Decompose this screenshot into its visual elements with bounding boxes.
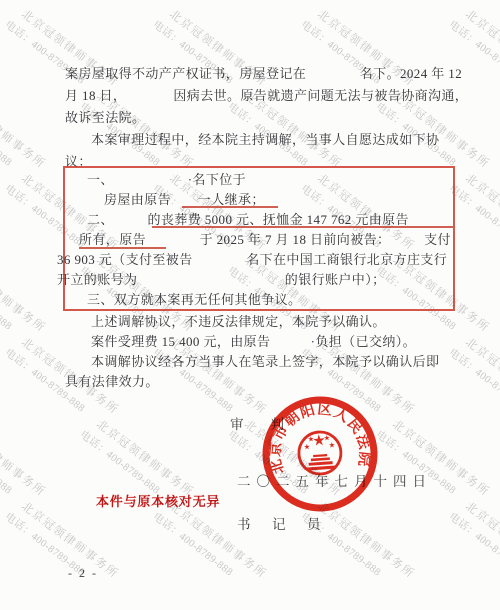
watermark-tile: 北京冠领律师事务所电话：400-8789-888 bbox=[0, 416, 49, 514]
watermark-tile: 北京冠领律师事务所电话：400-8789-888 bbox=[0, 88, 49, 186]
agreement-line: 36 903 元（支付至被告 名下在中国工商银行北京方庄支行 bbox=[57, 249, 447, 268]
court-seal-graphic: 北京市朝阳区人民法院 bbox=[257, 391, 383, 517]
document-line: 本案审理过程中，经本院主持调解，当事人自愿达成如下协 bbox=[91, 129, 439, 148]
court-seal-stamp: 北京市朝阳区人民法院 bbox=[257, 391, 383, 517]
watermark-tile: 北京冠领律师事务所电话：400-8789-888 bbox=[8, 498, 123, 596]
watermark-phone-text: 电话：400-8789-888 bbox=[0, 263, 38, 350]
agreement-line: 一、 ·名下位于 bbox=[87, 169, 246, 188]
document-line: 案房屋取得不动产产权证书，房屋登记在 名下。2024 年 12 bbox=[65, 63, 462, 82]
watermark-firm-text: 北京冠领律师事务所 bbox=[462, 6, 500, 90]
document-line: 具有法律效力。 bbox=[65, 371, 159, 390]
watermark-firm-text: 北京冠领律师事务所 bbox=[462, 334, 500, 418]
redline-underline bbox=[79, 247, 166, 249]
watermark-firm-text: 北京冠领律师事务所 bbox=[166, 498, 270, 582]
watermark-firm-text: 北京冠领律师事务所 bbox=[0, 416, 49, 500]
document-line: 案件受理费 15 400 元，由原告 ·负担（已交纳）。 bbox=[91, 331, 416, 350]
document-line: 上述调解协议，不违反法律规定，本院予以确认。 bbox=[91, 311, 386, 330]
agreement-line: 开立的账号为 的银行账户中）； bbox=[57, 269, 386, 288]
watermark-firm-text: 北京冠领律师事务所 bbox=[462, 498, 500, 582]
watermark-phone-text: 电话：400-8789-888 bbox=[446, 345, 500, 432]
document-line: 故诉至法院。 bbox=[65, 107, 145, 126]
copy-certification-note: 本件与原本核对无异 bbox=[96, 491, 220, 510]
watermark-firm-text: 北京冠领律师事务所 bbox=[93, 416, 197, 500]
national-emblem-icon bbox=[298, 431, 343, 476]
watermark-tile: 北京冠领律师事务所电话：400-8789-888 bbox=[0, 252, 49, 350]
watermark-tile: 北京冠领律师事务所电话：400-8789-888 bbox=[452, 170, 500, 268]
watermark-tile: 北京冠领律师事务所电话：400-8789-888 bbox=[379, 416, 494, 514]
watermark-firm-text: 北京冠领律师事务所 bbox=[0, 252, 49, 336]
redline-underline bbox=[152, 226, 453, 228]
agreement-line: 所有，原告 于 2025 年 7 月 18 日前向被告： 支付 bbox=[79, 229, 451, 248]
redline-underline bbox=[182, 206, 278, 208]
watermark-firm-text: 北京冠领律师事务所 bbox=[462, 170, 500, 254]
watermark-tile: 北京冠领律师事务所电话：400-8789-888 bbox=[452, 334, 500, 432]
watermark-phone-text: 电话：400-8789-888 bbox=[0, 427, 38, 514]
document-line: 本调解协议经各方当事人在笔录上签字，本院予以确认后即 bbox=[91, 351, 439, 370]
scanned-court-mediation-document: 北京冠领律师事务所电话：400-8789-888北京冠领律师事务所电话：400-… bbox=[0, 0, 500, 610]
page-number: - 2 - bbox=[68, 566, 98, 581]
agreement-line: 三、双方就本案再无任何其他争议。 bbox=[87, 289, 301, 308]
watermark-tile: 北京冠领律师事务所电话：400-8789-888 bbox=[452, 498, 500, 596]
document-line: 月 18 日， 因病去世。原告就遗产问题无法与被告协商沟通， bbox=[65, 85, 468, 104]
clerk-signature-label: 书 记 员 bbox=[237, 513, 325, 533]
watermark-phone-text: 电话：400-8789-888 bbox=[0, 99, 38, 186]
watermark-phone-text: 电话：400-8789-888 bbox=[2, 509, 111, 596]
watermark-firm-text: 北京冠领律师事务所 bbox=[0, 88, 49, 172]
watermark-phone-text: 电话：400-8789-888 bbox=[446, 509, 500, 596]
